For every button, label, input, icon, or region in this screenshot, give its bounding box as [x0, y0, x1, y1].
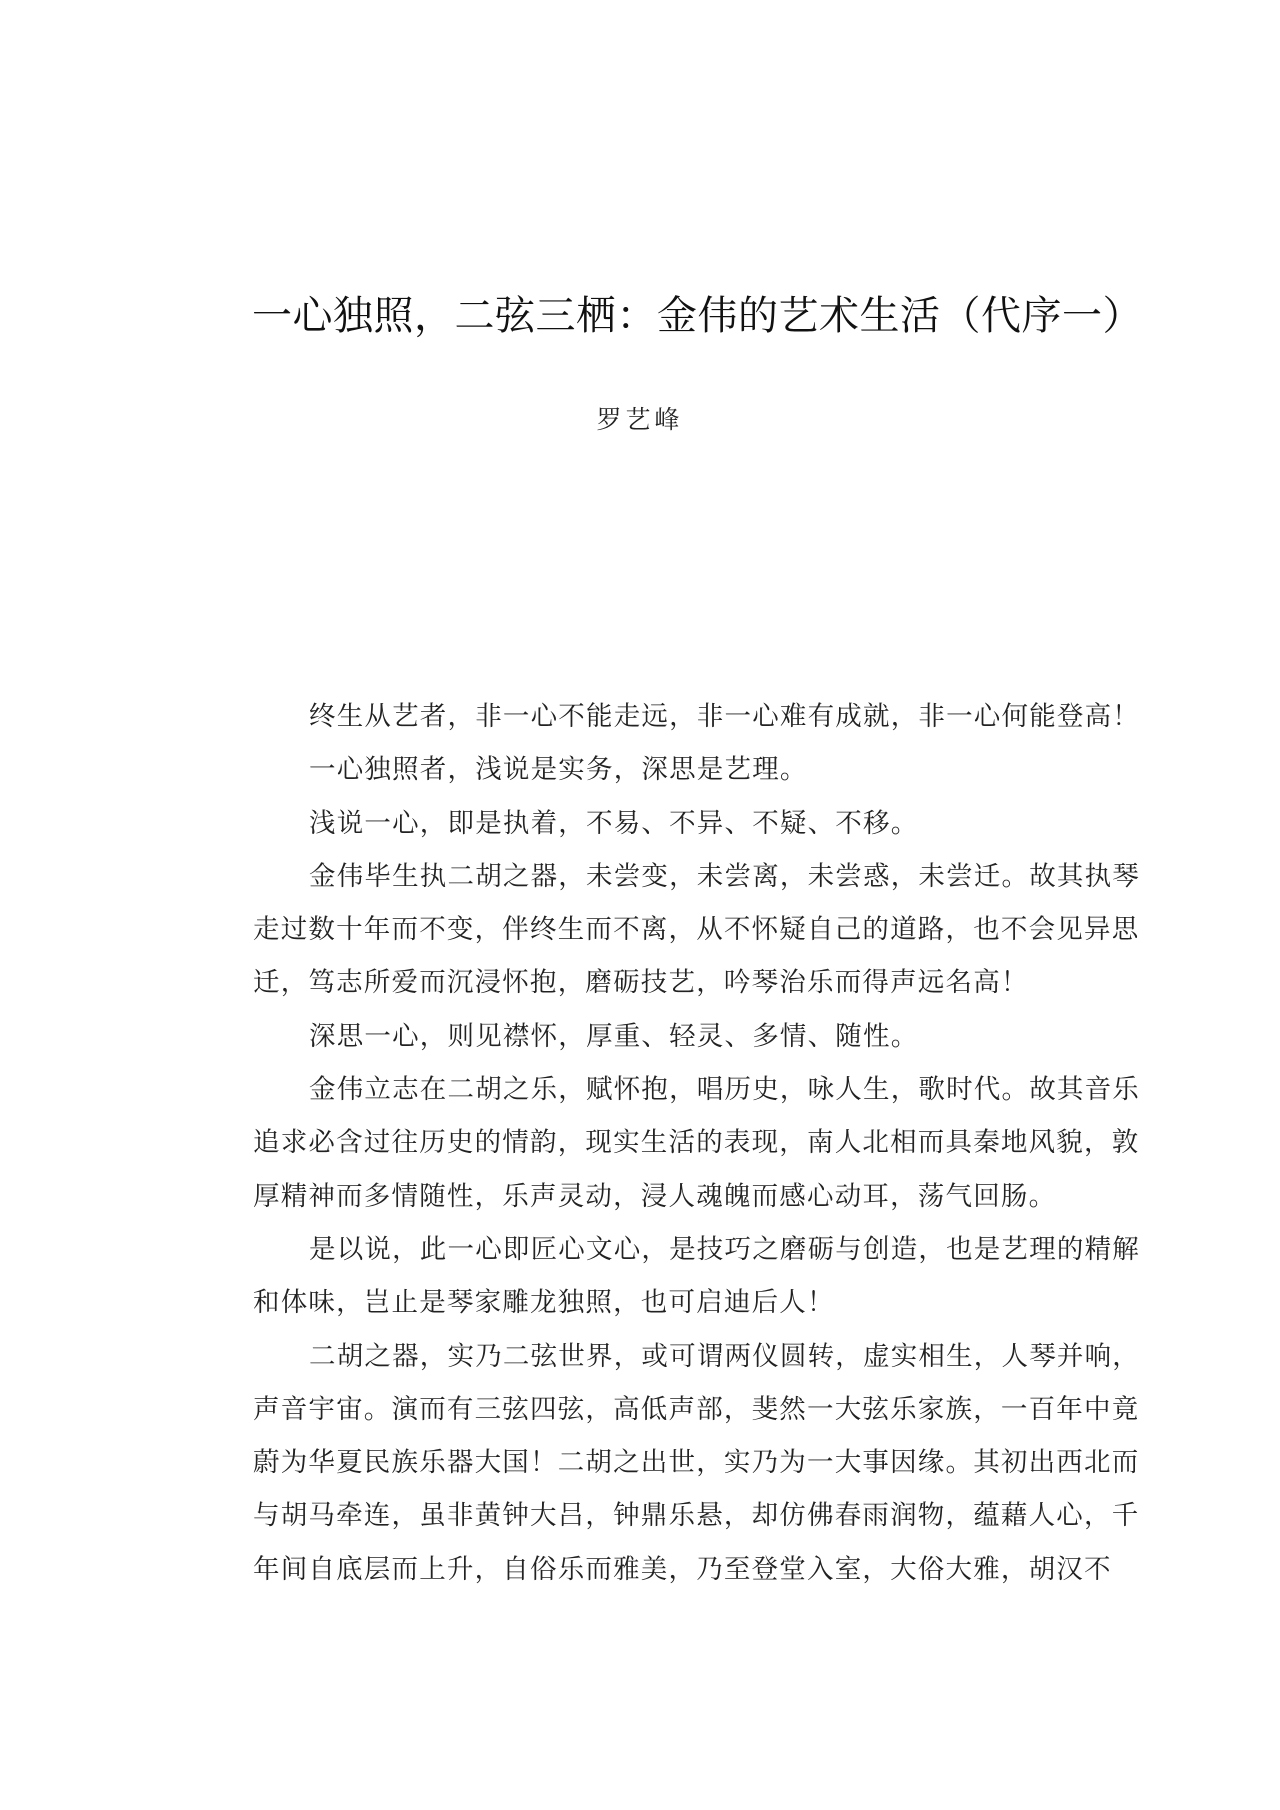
text-line: 追求必含过往历史的情韵，现实生活的表现，南人北相而具秦地风貌，敦 [253, 1116, 1153, 1169]
text-line: 一心独照者，浅说是实务，深思是艺理。 [253, 743, 1153, 796]
text-line: 厚精神而多情随性，乐声灵动，浸人魂魄而感心动耳，荡气回肠。 [253, 1170, 1153, 1223]
text-line: 浅说一心，即是执着，不易、不异、不疑、不移。 [253, 797, 1153, 850]
text-line: 蔚为华夏民族乐器大国！二胡之出世，实乃为一大事因缘。其初出西北而 [253, 1436, 1153, 1489]
text-line: 声音宇宙。演而有三弦四弦，高低声部，斐然一大弦乐家族，一百年中竟 [253, 1383, 1153, 1436]
text-line: 终生从艺者，非一心不能走远，非一心难有成就，非一心何能登高！ [253, 690, 1153, 743]
text-line: 金伟毕生执二胡之器，未尝变，未尝离，未尝惑，未尝迁。故其执琴 [253, 850, 1153, 903]
text-line: 金伟立志在二胡之乐，赋怀抱，唱历史，咏人生，歌时代。故其音乐 [253, 1063, 1153, 1116]
page-title: 一心独照，二弦三栖：金伟的艺术生活（代序一） [252, 288, 1162, 344]
text-line: 走过数十年而不变，伴终生而不离，从不怀疑自己的道路，也不会见异思 [253, 903, 1153, 956]
text-line: 迁，笃志所爱而沉浸怀抱，磨砺技艺，吟琴治乐而得声远名高！ [253, 956, 1153, 1009]
author-name: 罗艺峰 [0, 400, 1280, 440]
text-line: 和体味，岂止是琴家雕龙独照，也可启迪后人！ [253, 1276, 1153, 1329]
body-text: 终生从艺者，非一心不能走远，非一心难有成就，非一心何能登高！ 一心独照者，浅说是… [253, 690, 1153, 1596]
text-line: 深思一心，则见襟怀，厚重、轻灵、多情、随性。 [253, 1010, 1153, 1063]
text-line: 年间自底层而上升，自俗乐而雅美，乃至登堂入室，大俗大雅，胡汉不 [253, 1543, 1153, 1596]
text-line: 二胡之器，实乃二弦世界，或可谓两仪圆转，虚实相生，人琴并响， [253, 1330, 1153, 1383]
text-line: 与胡马牵连，虽非黄钟大吕，钟鼎乐悬，却仿佛春雨润物，蕴藉人心，千 [253, 1489, 1153, 1542]
text-line: 是以说，此一心即匠心文心，是技巧之磨砺与创造，也是艺理的精解 [253, 1223, 1153, 1276]
